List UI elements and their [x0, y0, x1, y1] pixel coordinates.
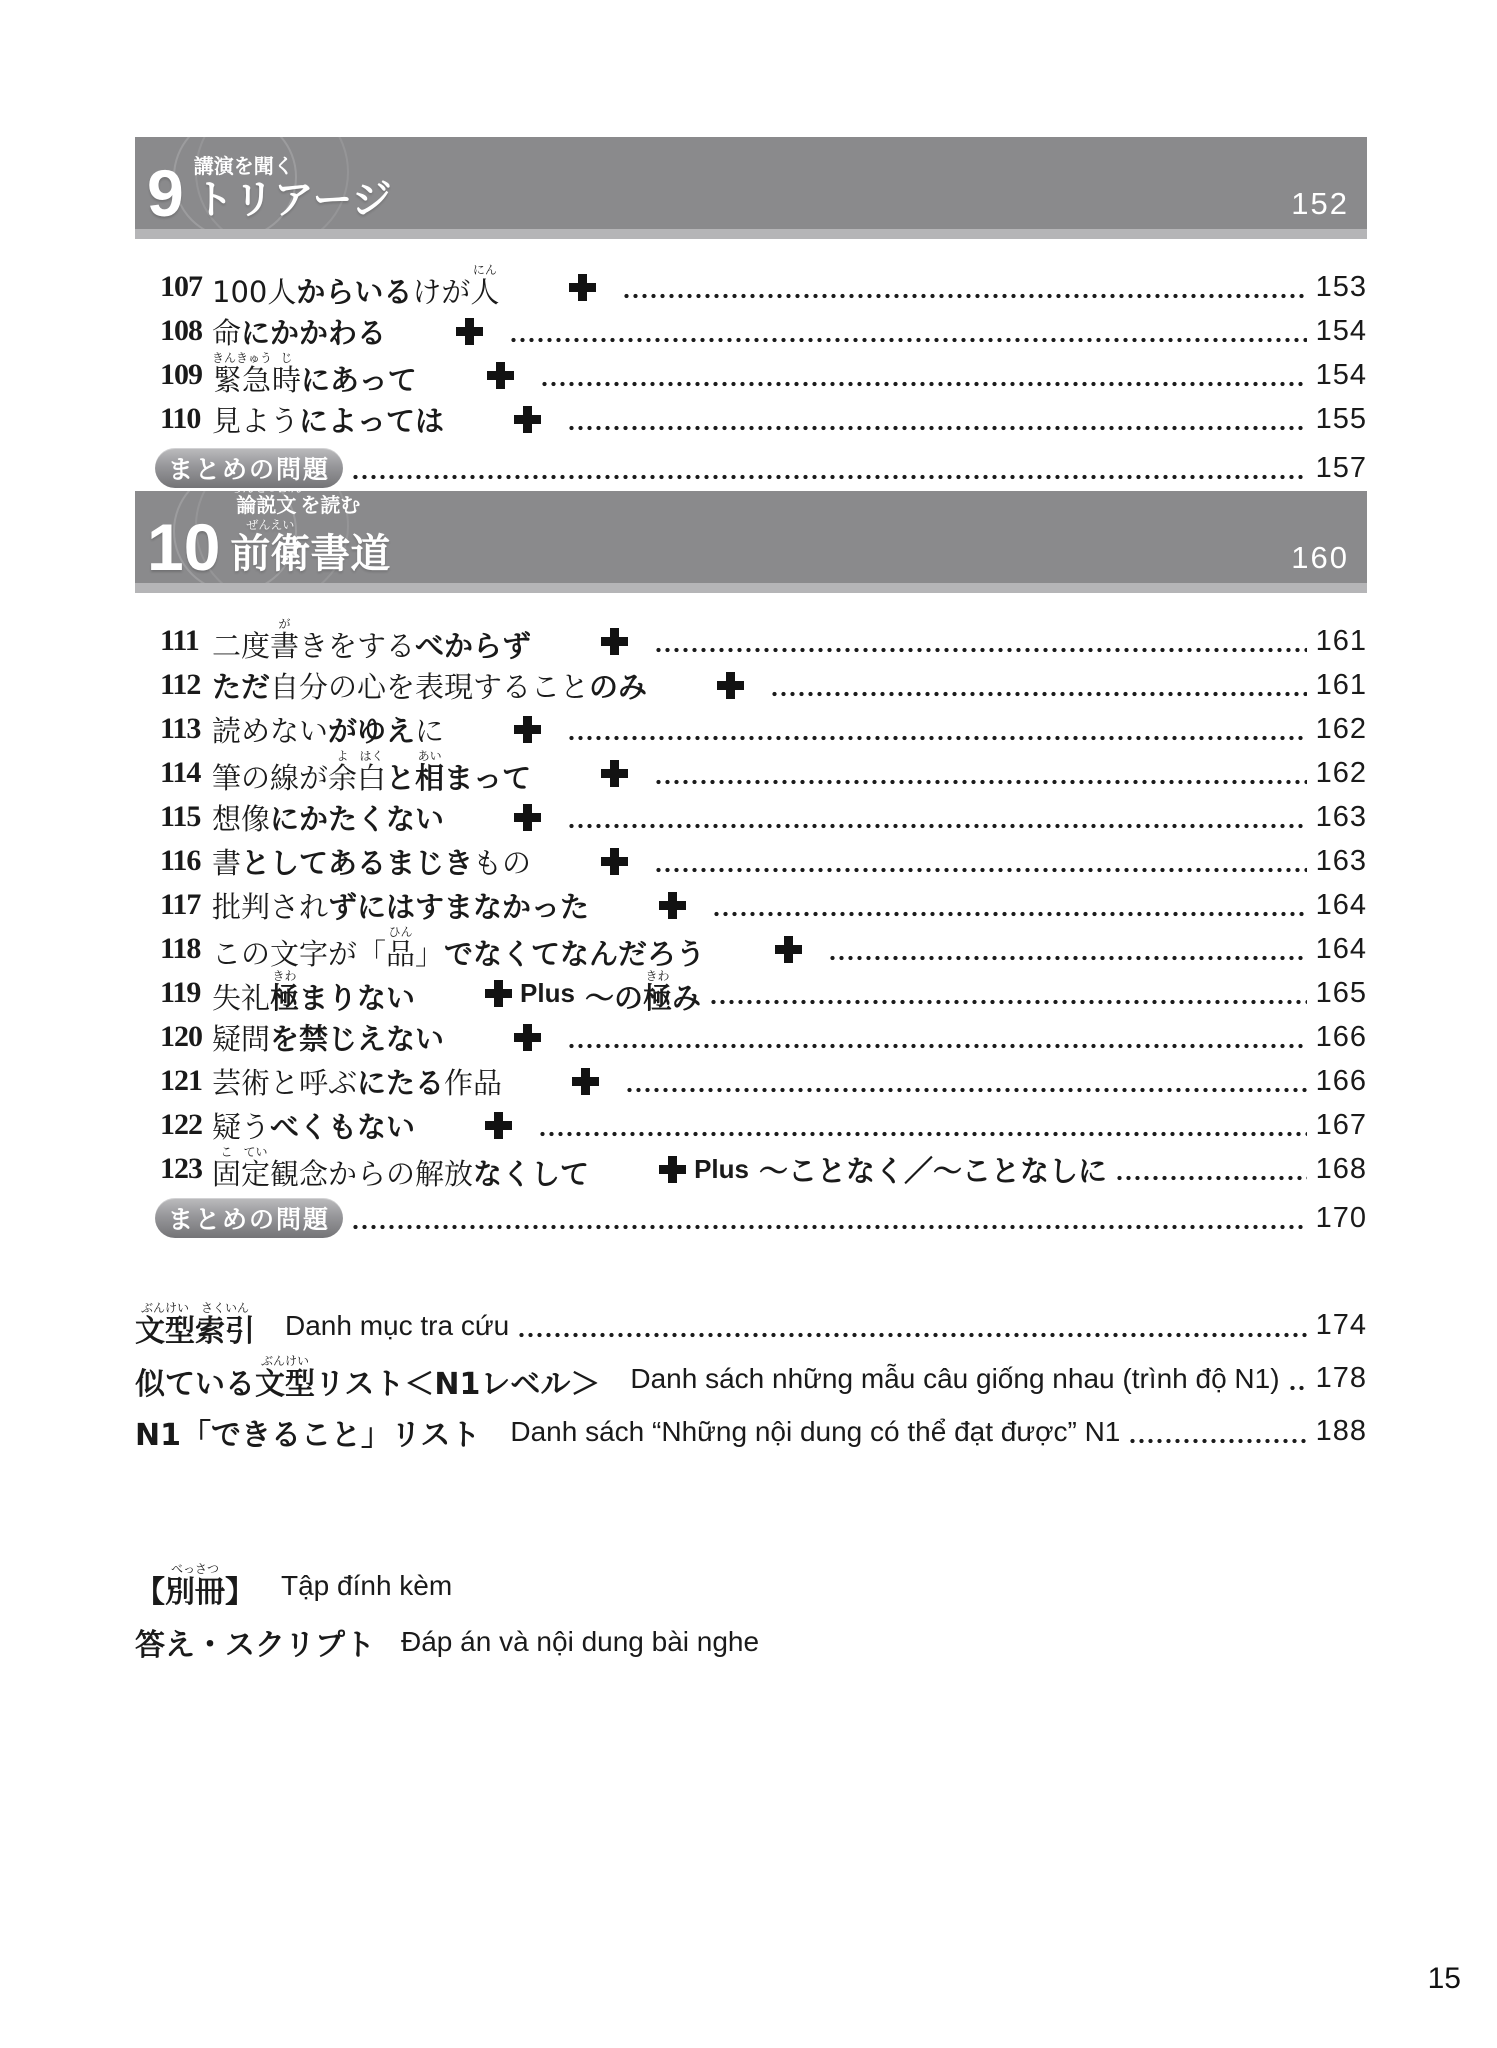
section-subtitle: 講演を聞く [194, 155, 392, 178]
text-run: 極きわ [643, 981, 672, 1015]
dotted-leader [1115, 1175, 1307, 1181]
text-run: 白はく [357, 761, 386, 795]
plus-group: Plus ～の極きわみ [485, 969, 701, 1017]
plus-icon [456, 318, 483, 345]
text-run: 芸術と呼ぶ [212, 1066, 357, 1100]
text-run: 答え・スクリプト [135, 1628, 375, 1663]
dotted-leader [709, 999, 1307, 1005]
summary-pill-label: まとめの問題 [168, 1200, 330, 1236]
section-header-strip [135, 583, 1367, 593]
text-run: まって [444, 761, 531, 795]
text-run: けが [412, 275, 470, 309]
dotted-leader [622, 293, 1307, 299]
text-run: 100人 [212, 275, 296, 309]
plus-icon [514, 406, 541, 433]
text-run: 書 [212, 846, 241, 880]
item-title: 緊急きんきゅう時じにあって [212, 351, 417, 399]
item-number: 117 [160, 888, 212, 922]
item-number: 123 [160, 1152, 212, 1186]
booklet-item: 答え・スクリプト Đáp án và nội dung bài nghe [135, 1614, 1367, 1670]
appendix-title-vn: Danh sách “Những nội dung có thể đạt đượ… [510, 1416, 1120, 1448]
text-run: にたる [357, 1066, 444, 1100]
text-run: 固こ [212, 1157, 241, 1191]
plus-icon [601, 628, 628, 655]
plus-pattern: ～の極きわみ [585, 969, 701, 1017]
dotted-leader [654, 779, 1307, 785]
text-run: 論説文ろんせつぶん [230, 493, 300, 517]
text-run: を読む [300, 493, 360, 517]
plus-icon [569, 274, 596, 301]
text-run: まりない [299, 981, 415, 1015]
summary-pill-label: まとめの問題 [168, 450, 330, 486]
text-run: もの [473, 846, 531, 880]
summary-pill: まとめの問題 [155, 1198, 343, 1238]
section-titles: 講演を聞く トリアージ [194, 155, 392, 221]
summary-pill: まとめの問題 [155, 448, 343, 488]
page-number: 161 [1315, 669, 1367, 702]
text-run: 見よう [212, 404, 299, 438]
dotted-leader [567, 425, 1307, 431]
item-title: ただ自分の心を表現することのみ [212, 665, 647, 706]
text-run: 相あい [415, 761, 444, 795]
text-run: 定てい [241, 1157, 270, 1191]
dotted-leader [351, 1224, 1307, 1230]
toc-item: 120 疑問を禁じえない 166 [160, 1015, 1367, 1059]
item-title: 疑うべくもない [212, 1105, 415, 1146]
appendix-list: 文型ぶんけい索引さくいん Danh mục tra cứu 174 似ている文型… [135, 1299, 1367, 1458]
item-number: 116 [160, 844, 212, 878]
text-run: によっては [299, 404, 444, 438]
item-number: 109 [160, 358, 212, 392]
item-title: この文字が「品ひん」でなくてなんだろう [212, 925, 705, 973]
item-title: 命にかかわる [212, 311, 386, 352]
section-page-number: 152 [1291, 187, 1349, 221]
plus-label: Plus [520, 978, 575, 1009]
plus-icon [487, 362, 514, 389]
plus-group [514, 1024, 559, 1051]
item-title: 批判されずにはすまなかった [212, 885, 589, 926]
toc-item: 113 読めないがゆえに 162 [160, 707, 1367, 751]
page-number: 157 [1315, 452, 1367, 485]
plus-group [775, 936, 820, 963]
booklet-title-vn: Tập đính kèm [281, 1570, 452, 1602]
plus-group [572, 1068, 617, 1095]
plus-group [514, 804, 559, 831]
text-run: 人にん [470, 275, 499, 309]
appendix-item: N1「できること」リスト Danh sách “Những nội dung c… [135, 1405, 1367, 1458]
toc-item: 118 この文字が「品ひん」でなくてなんだろう 164 [160, 927, 1367, 971]
plus-icon [514, 804, 541, 831]
plus-group [456, 318, 501, 345]
page-number: 170 [1315, 1202, 1367, 1235]
booklet-title-jp: 答え・スクリプト [135, 1620, 375, 1664]
plus-icon [485, 1112, 512, 1139]
text-run: 】 [225, 1575, 255, 1610]
section-subtitle: 論説文ろんせつぶんを読む [230, 491, 390, 517]
item-number: 122 [160, 1108, 212, 1142]
toc-sections: 9 講演を聞く トリアージ 152 107 100人からいるけが人にん 153 … [135, 137, 1367, 1241]
text-run: からいる [296, 275, 412, 309]
plus-icon [775, 936, 802, 963]
toc-item: 112 ただ自分の心を表現することのみ 161 [160, 663, 1367, 707]
dotted-leader [712, 911, 1307, 917]
toc-section: 9 講演を聞く トリアージ 152 107 100人からいるけが人にん 153 … [135, 137, 1367, 491]
item-number: 120 [160, 1020, 212, 1054]
text-run: 失礼 [212, 981, 270, 1015]
text-run: ～の [585, 981, 643, 1015]
item-title: 二度書がきをするべからず [212, 617, 531, 665]
section-page-number: 160 [1291, 541, 1349, 575]
text-run: 品ひん [386, 937, 415, 971]
section-items: 107 100人からいるけが人にん 153 108 命にかかわる 154 109… [135, 255, 1367, 441]
dotted-leader [540, 381, 1307, 387]
text-run: きをする [299, 629, 415, 663]
text-run: 文型ぶんけい [135, 1314, 195, 1349]
text-run: 筆の線が [212, 761, 328, 795]
page-number: 168 [1315, 1153, 1367, 1186]
text-run: でなくてなんだろう [444, 937, 705, 971]
toc-item: 108 命にかかわる 154 [160, 309, 1367, 353]
item-number: 114 [160, 756, 212, 790]
toc-item: 116 書としてあるまじきもの 163 [160, 839, 1367, 883]
text-run: 【 [135, 1575, 165, 1610]
item-number: 108 [160, 314, 212, 348]
plus-icon [601, 848, 628, 875]
plus-group [659, 892, 704, 919]
text-run: 前衛ぜんえい [230, 531, 310, 577]
text-run: み [672, 981, 701, 1015]
text-run: べからず [415, 629, 531, 663]
text-run: 想像 [212, 802, 270, 836]
text-run: がゆえ [328, 714, 415, 748]
text-run: リスト＜N1レベル＞ [315, 1367, 600, 1402]
section-header-band: 9 講演を聞く トリアージ 152 [135, 137, 1367, 229]
appendix-item: 似ている文型ぶんけいリスト＜N1レベル＞ Danh sách những mẫu… [135, 1352, 1367, 1405]
page-number: 154 [1315, 315, 1367, 348]
toc-item: 114 筆の線が余よ白はくと相あいまって 162 [160, 751, 1367, 795]
text-run: 書が [270, 629, 299, 663]
item-title: 書としてあるまじきもの [212, 841, 531, 882]
page-number: 153 [1315, 271, 1367, 304]
text-run: 作品 [444, 1066, 502, 1100]
text-run: なくして [473, 1157, 589, 1191]
item-number: 111 [160, 624, 212, 658]
text-run: 」 [415, 937, 444, 971]
plus-icon [601, 760, 628, 787]
text-run: を禁じえない [270, 1022, 444, 1056]
plus-group [569, 274, 614, 301]
page-number: 167 [1315, 1109, 1367, 1142]
text-run: 似ている [135, 1367, 255, 1402]
item-number: 115 [160, 800, 212, 834]
text-run: 疑う [212, 1110, 270, 1144]
plus-group [487, 362, 532, 389]
section-title: トリアージ [194, 179, 392, 221]
summary-row: まとめの問題 170 [135, 1195, 1367, 1241]
item-number: 119 [160, 976, 212, 1010]
item-number: 113 [160, 712, 212, 746]
plus-icon [485, 980, 512, 1007]
text-run: べくもない [270, 1110, 415, 1144]
text-run: 読めない [212, 714, 328, 748]
toc-item: 111 二度書がきをするべからず 161 [160, 619, 1367, 663]
page-number: 174 [1315, 1309, 1367, 1342]
item-title: 疑問を禁じえない [212, 1017, 444, 1058]
plus-group [514, 716, 559, 743]
text-run: 観念からの解放 [270, 1157, 473, 1191]
text-run: 索引さくいん [195, 1314, 255, 1349]
plus-group [601, 848, 646, 875]
plus-icon [514, 1024, 541, 1051]
page-number: 166 [1315, 1065, 1367, 1098]
text-run: 自分の心を表現すること [270, 670, 589, 704]
text-run: にかかわる [241, 316, 386, 350]
text-run: 余よ [328, 761, 357, 795]
text-run: 時じ [272, 363, 301, 397]
dotted-leader [625, 1087, 1307, 1093]
item-number: 121 [160, 1064, 212, 1098]
section-header-strip [135, 229, 1367, 239]
text-run: に [415, 714, 444, 748]
text-run: としてあるまじき [241, 846, 473, 880]
page-number: 163 [1315, 845, 1367, 878]
footer-page-number: 15 [1428, 1962, 1461, 1996]
text-run: にあって [301, 363, 417, 397]
booklet-item: 【別冊べっさつ】 Tập đính kèm [135, 1558, 1367, 1614]
plus-pattern: ～ことなく／～ことなしに [759, 1149, 1107, 1190]
appendix-title-jp: 文型ぶんけい索引さくいん [135, 1301, 255, 1350]
text-run: 講演を聞く [194, 154, 294, 178]
text-run: ～ことなく／～ことなしに [759, 1154, 1107, 1188]
dotted-leader [517, 1332, 1307, 1338]
toc-item: 123 固こ定てい観念からの解放なくして Plus ～ことなく／～ことなしに 1… [160, 1147, 1367, 1191]
toc-item: 109 緊急きんきゅう時じにあって 154 [160, 353, 1367, 397]
text-run: トリアージ [194, 177, 392, 223]
dotted-leader [351, 474, 1307, 480]
text-run: 二度 [212, 629, 270, 663]
text-run: この文字が「 [212, 937, 386, 971]
plus-group [601, 760, 646, 787]
dotted-leader [567, 823, 1307, 829]
dotted-leader [509, 337, 1307, 343]
appendix-title-jp: 似ている文型ぶんけいリスト＜N1レベル＞ [135, 1354, 600, 1403]
text-run: 極きわ [270, 981, 299, 1015]
section-number: 10 [147, 519, 220, 575]
plus-group [485, 1112, 530, 1139]
section-items: 111 二度書がきをするべからず 161 112 ただ自分の心を表現することのみ… [135, 609, 1367, 1191]
dotted-leader [654, 647, 1307, 653]
toc-content: 9 講演を聞く トリアージ 152 107 100人からいるけが人にん 153 … [135, 137, 1367, 1670]
appendix-item: 文型ぶんけい索引さくいん Danh mục tra cứu 174 [135, 1299, 1367, 1352]
text-run: 文型ぶんけい [255, 1367, 315, 1402]
booklet-title-vn: Đáp án và nội dung bài nghe [401, 1626, 759, 1658]
section-number: 9 [147, 165, 184, 221]
plus-group: Plus ～ことなく／～ことなしに [659, 1149, 1107, 1190]
page-number: 178 [1315, 1362, 1367, 1395]
text-run: ただ [212, 670, 270, 704]
text-run: 疑問 [212, 1022, 270, 1056]
text-run: 批判され [212, 890, 328, 924]
toc-item: 121 芸術と呼ぶにたる作品 166 [160, 1059, 1367, 1103]
page-number: 161 [1315, 625, 1367, 658]
page-number: 164 [1315, 933, 1367, 966]
page-number: 155 [1315, 403, 1367, 436]
item-number: 110 [160, 402, 212, 436]
item-number: 118 [160, 932, 212, 966]
text-run: のみ [589, 670, 647, 704]
plus-group [601, 628, 646, 655]
item-number: 112 [160, 668, 212, 702]
plus-label: Plus [694, 1154, 749, 1185]
item-title: 芸術と呼ぶにたる作品 [212, 1061, 502, 1102]
page-number: 162 [1315, 713, 1367, 746]
booklet-title-jp: 【別冊べっさつ】 [135, 1562, 255, 1611]
text-run: 緊急きんきゅう [212, 363, 272, 397]
text-run: 書道 [310, 531, 390, 577]
dotted-leader [1288, 1385, 1307, 1391]
summary-row: まとめの問題 157 [135, 445, 1367, 491]
toc-item: 107 100人からいるけが人にん 153 [160, 265, 1367, 309]
text-run: N1「できること」リスト [135, 1418, 480, 1453]
appendix-title-jp: N1「できること」リスト [135, 1410, 480, 1454]
booklet-list: 【別冊べっさつ】 Tập đính kèm 答え・スクリプト Đáp án và… [135, 1558, 1367, 1670]
item-title: 筆の線が余よ白はくと相あいまって [212, 749, 531, 797]
toc-item: 115 想像にかたくない 163 [160, 795, 1367, 839]
text-run: にかたくない [270, 802, 444, 836]
page-number: 163 [1315, 801, 1367, 834]
section-header-band: 10 論説文ろんせつぶんを読む 前衛ぜんえい書道 160 [135, 491, 1367, 583]
toc-item: 119 失礼極きわまりない Plus ～の極きわみ 165 [160, 971, 1367, 1015]
dotted-leader [567, 735, 1307, 741]
item-title: 読めないがゆえに [212, 709, 444, 750]
section-titles: 論説文ろんせつぶんを読む 前衛ぜんえい書道 [230, 491, 390, 575]
dotted-leader [1128, 1438, 1307, 1444]
dotted-leader [770, 691, 1307, 697]
text-run: ずにはすまなかった [328, 890, 589, 924]
dotted-leader [828, 955, 1307, 961]
page-number: 154 [1315, 359, 1367, 392]
text-run: 命 [212, 316, 241, 350]
toc-item: 117 批判されずにはすまなかった 164 [160, 883, 1367, 927]
plus-group [717, 672, 762, 699]
plus-icon [514, 716, 541, 743]
text-run: 別冊べっさつ [165, 1575, 225, 1610]
text-run: と [386, 761, 415, 795]
item-title: 見ようによっては [212, 399, 444, 440]
toc-item: 110 見ようによっては 155 [160, 397, 1367, 441]
dotted-leader [654, 867, 1307, 873]
page-number: 166 [1315, 1021, 1367, 1054]
item-title: 固こ定てい観念からの解放なくして [212, 1145, 589, 1193]
toc-section: 10 論説文ろんせつぶんを読む 前衛ぜんえい書道 160 111 二度書がきをす… [135, 491, 1367, 1241]
page-number: 164 [1315, 889, 1367, 922]
section-title: 前衛ぜんえい書道 [230, 518, 390, 575]
plus-icon [659, 892, 686, 919]
plus-icon [659, 1156, 686, 1183]
page-number: 165 [1315, 977, 1367, 1010]
item-title: 100人からいるけが人にん [212, 263, 499, 311]
plus-group [514, 406, 559, 433]
item-title: 想像にかたくない [212, 797, 444, 838]
toc-item: 122 疑うべくもない 167 [160, 1103, 1367, 1147]
plus-icon [572, 1068, 599, 1095]
plus-icon [717, 672, 744, 699]
dotted-leader [538, 1131, 1307, 1137]
item-title: 失礼極きわまりない [212, 969, 415, 1017]
page-number: 162 [1315, 757, 1367, 790]
appendix-title-vn: Danh sách những mẫu câu giống nhau (trìn… [630, 1363, 1279, 1395]
appendix-title-vn: Danh mục tra cứu [285, 1310, 509, 1342]
page-number: 188 [1315, 1415, 1367, 1448]
item-number: 107 [160, 270, 212, 304]
dotted-leader [567, 1043, 1307, 1049]
